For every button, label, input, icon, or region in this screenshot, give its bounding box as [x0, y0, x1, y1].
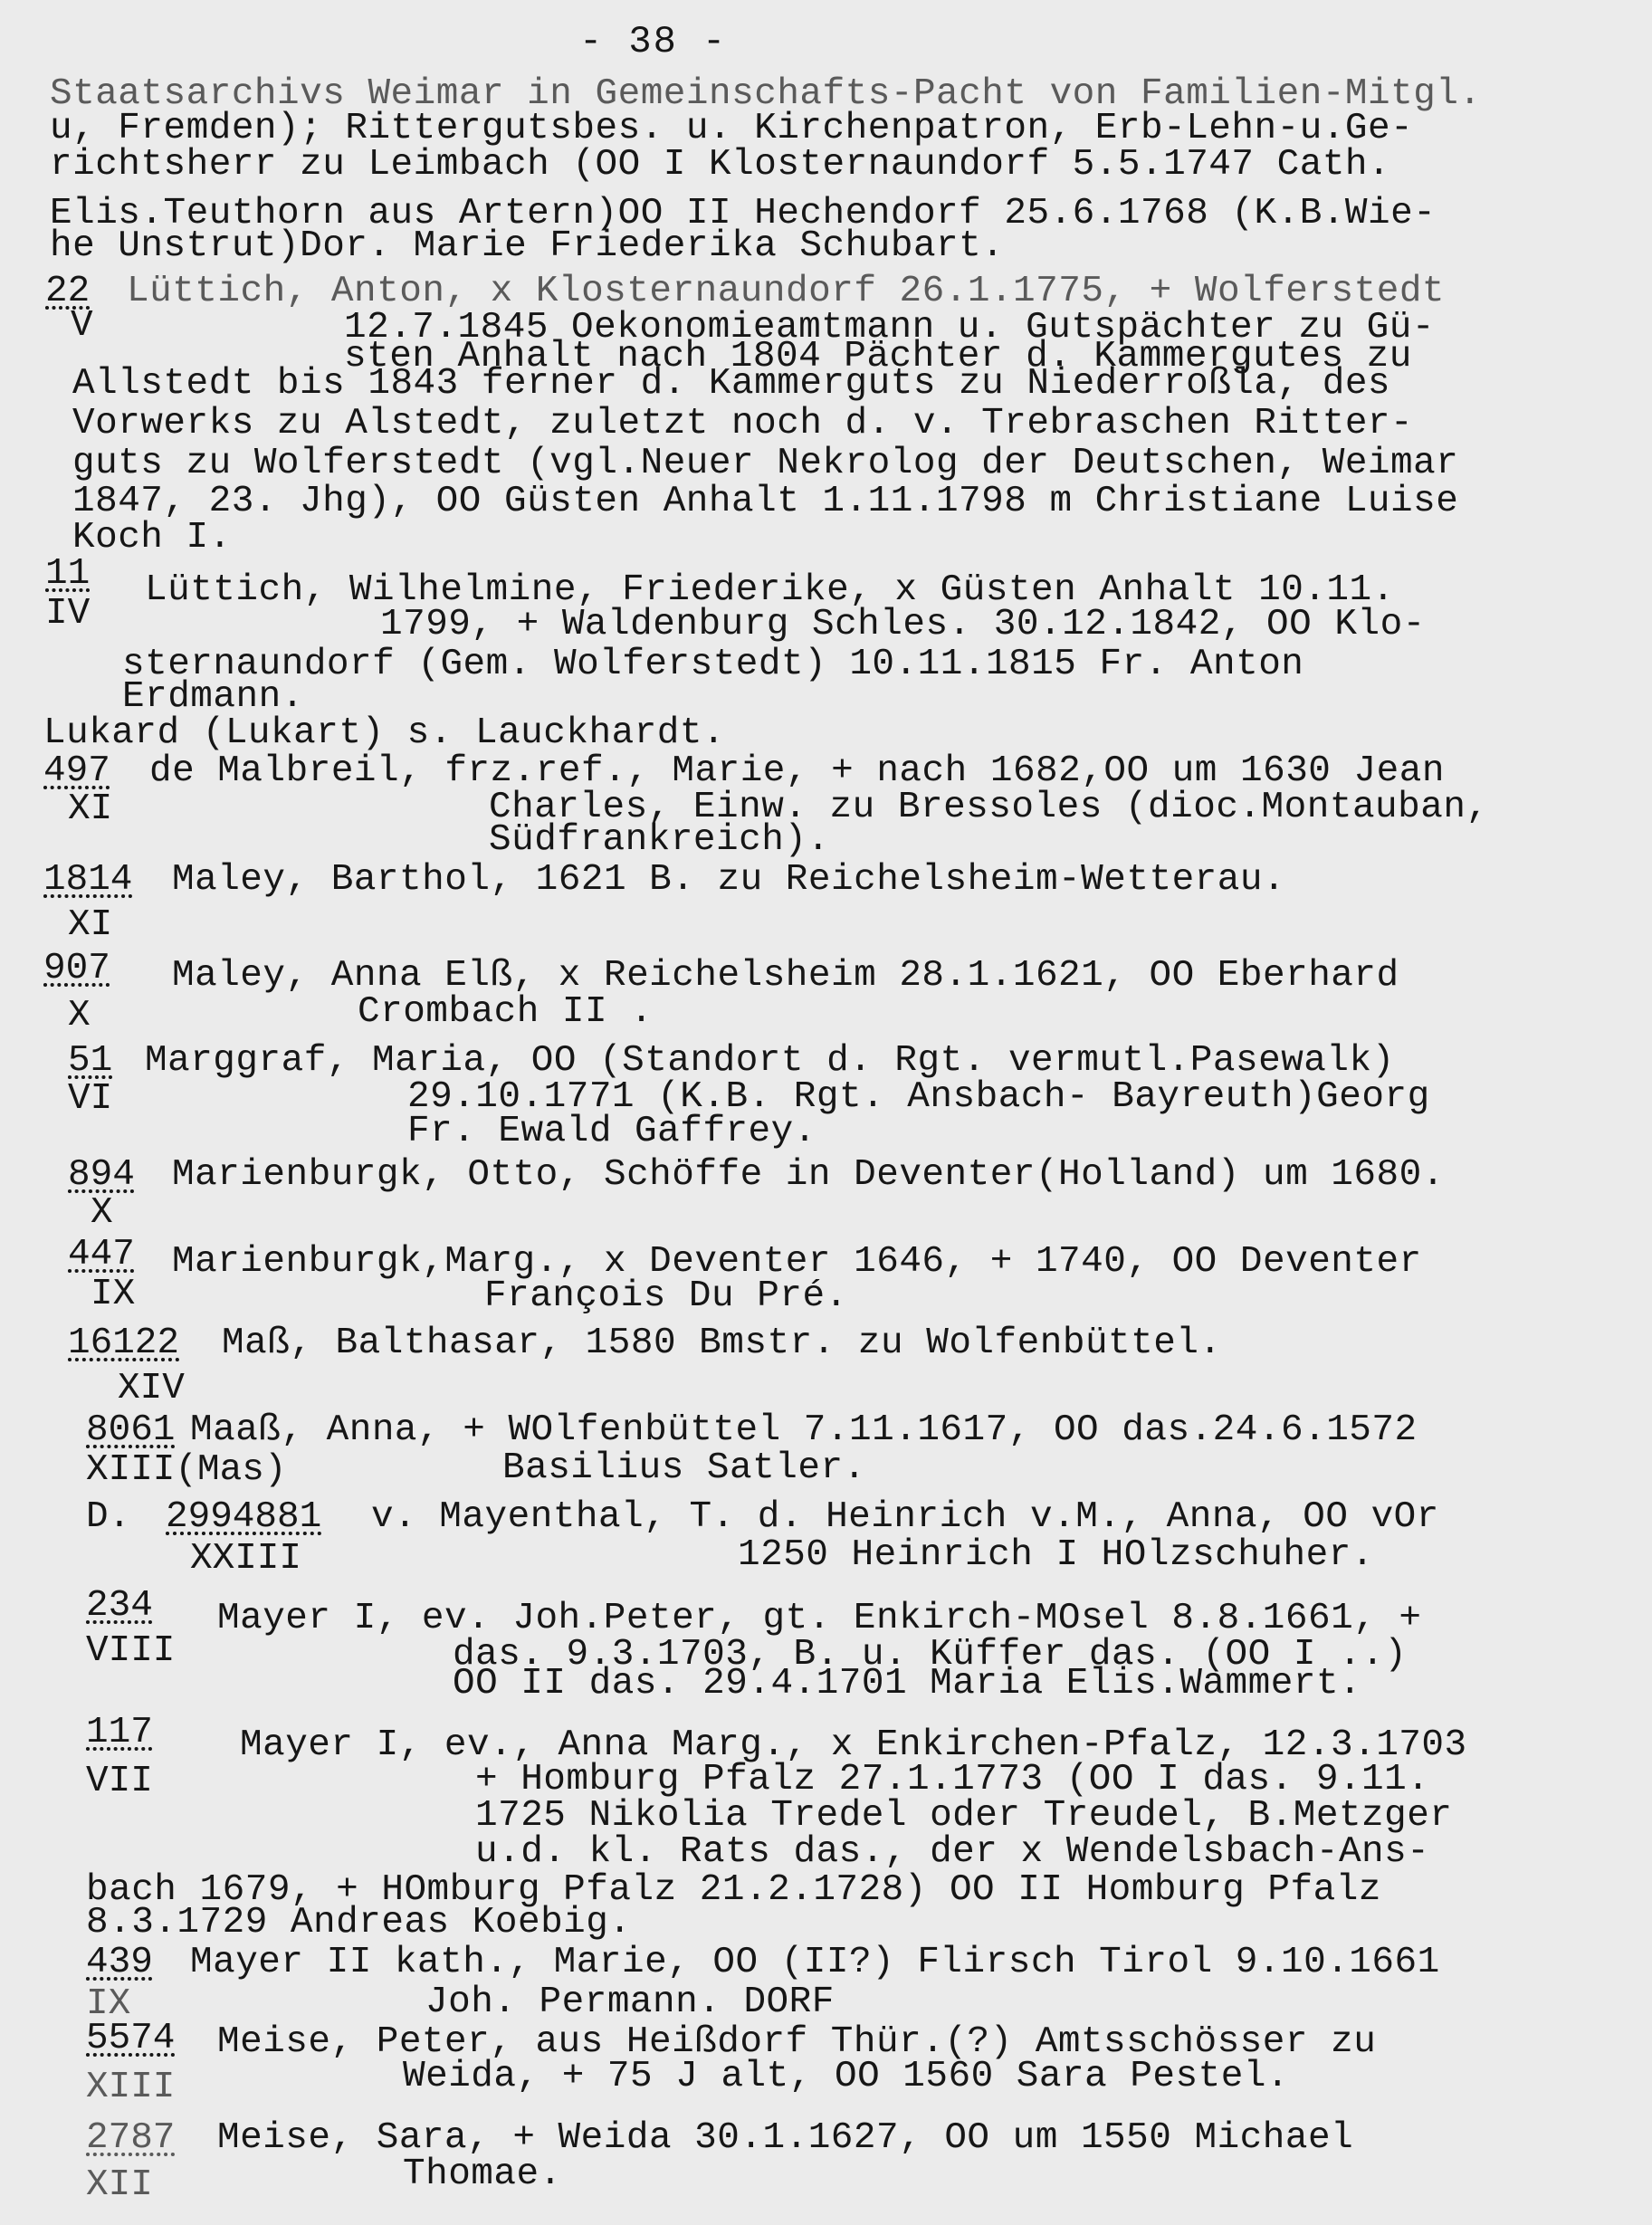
entry-line: Allstedt bis 1843 ferner d. Kammerguts z… [72, 364, 1390, 404]
entry-generation: IV [45, 594, 90, 634]
entry-line: Mayer II kath., Marie, OO (II?) Flirsch … [190, 1943, 1440, 1982]
continuation-line: richtsherr zu Leimbach (OO I Klosternaun… [50, 145, 1390, 185]
entry-line: Crombach II . [358, 992, 653, 1032]
page-number: - 38 - [579, 20, 727, 63]
cross-reference-line: Lukard (Lukart) s. Lauckhardt. [43, 713, 725, 753]
entry-line: Koch I. [72, 518, 232, 558]
entry-line: Fr. Ewald Gaffrey. [407, 1112, 816, 1151]
entry-number: 8061 [86, 1410, 175, 1450]
entry-line: Maß, Balthasar, 1580 Bmstr. zu Wolfenbüt… [222, 1323, 1222, 1363]
continuation-line: u, Fremden); Rittergutsbes. u. Kirchenpa… [50, 109, 1413, 148]
entry-generation: XIII(Mas) [86, 1450, 286, 1490]
entry-generation: XIV [118, 1369, 185, 1409]
entry-line: Maaß, Anna, + WOlfenbüttel 7.11.1617, OO… [190, 1410, 1418, 1450]
entry-number: 1814 [43, 860, 132, 900]
entry-generation: X [91, 1193, 113, 1233]
entry-line: Vorwerks zu Alstedt, zuletzt noch d. v. … [72, 404, 1413, 444]
entry-line: Thomae. [403, 2154, 562, 2194]
entry-line: Basilius Satler. [502, 1448, 866, 1488]
entry-generation: IX [91, 1275, 135, 1314]
entry-line: Erdmann. [122, 677, 304, 717]
entry-number: 234 [86, 1586, 153, 1626]
entry-generation: XI [68, 789, 112, 829]
entry-number: 497 [43, 751, 110, 791]
entry-generation: XXIII [190, 1539, 301, 1579]
entry-number: 439 [86, 1943, 153, 1982]
entry-line: Lüttich, Anton, x Klosternaundorf 26.1.1… [127, 272, 1445, 311]
entry-generation: VII [86, 1762, 153, 1801]
entry-number: 51 [68, 1041, 112, 1081]
entry-number: 117 [86, 1713, 153, 1752]
entry-line: Joh. Permann. DORF [425, 1982, 835, 2022]
entry-line: Maley, Anna Elß, x Reichelsheim 28.1.162… [172, 956, 1399, 996]
entry-generation: VI [68, 1079, 112, 1119]
entry-line: guts zu Wolferstedt (vgl.Neuer Nekrolog … [72, 444, 1458, 483]
entry-generation: XIII [86, 2067, 175, 2107]
entry-number: 907 [43, 949, 110, 988]
entry-number: 2994881 [166, 1497, 321, 1537]
entry-line: Meise, Sara, + Weida 30.1.1627, OO um 15… [217, 2118, 1353, 2158]
entry-number: 11 [45, 554, 90, 594]
entry-line: Südfrankreich). [489, 820, 830, 860]
entry-prefix: D. [86, 1497, 130, 1537]
entry-number: 447 [68, 1235, 135, 1275]
entry-line: 1799, + Waldenburg Schles. 30.12.1842, O… [380, 605, 1426, 645]
entry-line: u.d. kl. Rats das., der x Wendelsbach-An… [475, 1832, 1429, 1872]
entry-line: Maley, Barthol, 1621 B. zu Reichelsheim-… [172, 860, 1285, 900]
entry-line: Marggraf, Maria, OO (Standort d. Rgt. ve… [145, 1041, 1395, 1081]
entry-generation: XII [86, 2165, 153, 2205]
entry-line: 1250 Heinrich I HOlzschuher. [738, 1535, 1374, 1575]
typewritten-page: - 38 - Staatsarchivs Weimar in Gemeinsch… [0, 0, 1652, 2225]
continuation-line: he Unstrut)Dor. Marie Friederika Schubar… [50, 226, 1004, 266]
entry-line: 8.3.1729 Andreas Koebig. [86, 1903, 632, 1943]
entry-line: Weida, + 75 J alt, OO 1560 Sara Pestel. [403, 2057, 1289, 2096]
entry-generation: V [71, 306, 93, 346]
entry-generation: VIII [86, 1631, 175, 1671]
entry-line: de Malbreil, frz.ref., Marie, + nach 168… [149, 751, 1445, 791]
entry-number: 894 [68, 1155, 135, 1195]
entry-line: 1847, 23. Jhg), OO Güsten Anhalt 1.11.17… [72, 482, 1458, 521]
entry-line: OO II das. 29.4.1701 Maria Elis.Wammert. [453, 1664, 1361, 1704]
entry-line: Mayer I, ev. Joh.Peter, gt. Enkirch-MOse… [217, 1599, 1422, 1638]
entry-line: + Homburg Pfalz 27.1.1773 (OO I das. 9.1… [475, 1760, 1429, 1800]
entry-number: 2787 [86, 2118, 175, 2158]
entry-line: Marienburgk, Otto, Schöffe in Deventer(H… [172, 1155, 1445, 1195]
entry-generation: XI [68, 905, 112, 945]
entry-number: 5574 [86, 2019, 175, 2058]
entry-generation: X [68, 996, 91, 1036]
entry-line: v. Mayenthal, T. d. Heinrich v.M., Anna,… [371, 1497, 1439, 1537]
entry-line: 1725 Nikolia Tredel oder Treudel, B.Metz… [475, 1796, 1452, 1836]
entry-number: 16122 [68, 1323, 179, 1363]
entry-line: François Du Pré. [484, 1276, 848, 1316]
